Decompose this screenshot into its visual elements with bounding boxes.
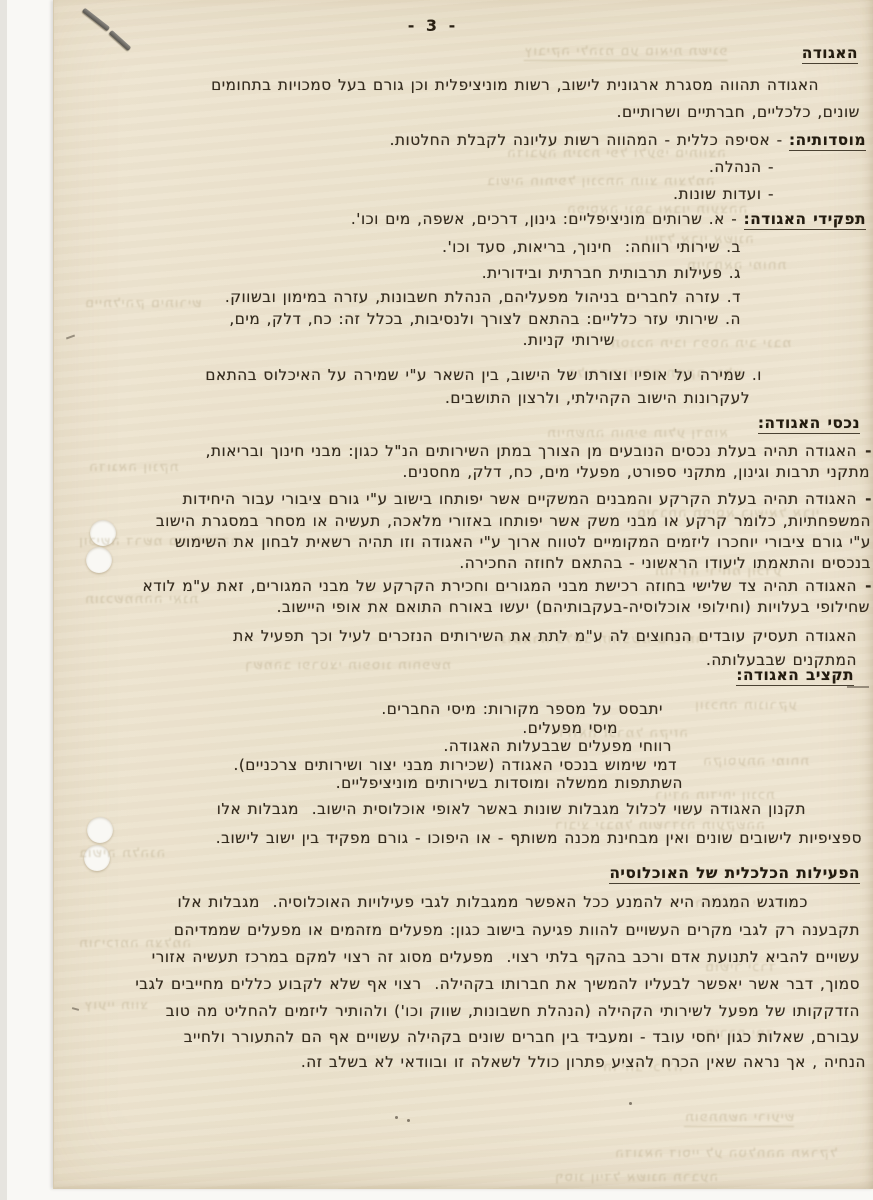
bleedthrough-text: תופתתשה ירועיש (684, 1110, 794, 1127)
punch-hole (87, 817, 113, 843)
tafkidei-item-a: - א. שרותים מוניציפליים: גינון, דרכים, א… (351, 210, 744, 228)
line-mosdot-intro: מוסדותיה: - אסיפה כללית - המהווה רשות על… (390, 131, 866, 149)
staple-icon (82, 8, 110, 32)
section-title-taktsiv: תקציב האגודה: (736, 666, 854, 686)
bleedthrough-text: ץועיי תווצ (84, 998, 148, 1013)
paragraph-line: כמודגש המגמה היא להמנע ככל האפשר ממגבלות… (177, 893, 808, 911)
section-title-peilut: הפעילות הכלכלית של האוכלוסיה (609, 864, 860, 884)
document-paper: ץוביקה ילהנמ םע םואית תשיגפהדובעה תינכת … (53, 0, 873, 1189)
tafkidei-item-cont: לעקרונות הישוב הקהילתי, ולרצון התושבים. (445, 389, 750, 407)
scanner-background-edge (0, 0, 7, 1200)
paragraph-line: האגודה תהווה מסגרת ארגונית לישוב, רשות מ… (211, 76, 819, 94)
bullet-line: האגודה תהיה בעלת נכסים הנובעים מן הצורך … (206, 442, 857, 460)
ink-dot (407, 1119, 410, 1122)
pen-mark (72, 1007, 79, 1011)
line-tafkidei-intro: תפקידי האגודה: - א. שרותים מוניציפליים: … (351, 210, 866, 228)
mosdot-label: מוסדותיה: (789, 131, 866, 151)
section-title-agudah: האגודה (802, 44, 858, 64)
tafkidei-item: ג. פעילות תרבותית חברתית ובידורית. (482, 264, 741, 282)
budget-source: השתתפות ממשלה ומוסדות בשירותים מוניציפלי… (336, 774, 683, 792)
tafkidei-item: ד. עזרה לחברים בניהול מפעליהם, הנהלת חשב… (225, 288, 741, 306)
punch-hole (86, 547, 112, 573)
paragraph-line: הזדקקותו של מפעל לשירותי הקהילה (הנהלת ח… (166, 1002, 860, 1020)
bullet-line-cont: מתקני תרבות וגינון, מתקני ספורט, מפעלי מ… (403, 463, 870, 481)
bleedthrough-text: תויתשתה חותיפ תולע ןדמוא (546, 426, 728, 441)
margin-dash-mark (847, 686, 869, 688)
budget-source: יתבסס על מספר מקורות: מיסי החברים. (381, 700, 663, 718)
budget-source: מיסי מפעלים. (522, 719, 618, 737)
page-number: - 3 - (393, 16, 473, 35)
bleedthrough-text: ךשמהב ופרטצי תופסונ תוחפשמ (244, 658, 451, 673)
paragraph-line: הנחיה , אך נראה שאין הכרח להציע פתרון כו… (301, 1053, 866, 1071)
section-title-nekhasim: נכסי האגודה: (758, 414, 860, 434)
bleedthrough-text: תסנכה תיבו רפסה תיב ינבמ (610, 336, 791, 351)
paragraph-line: תקנון האגודה עשוי לכלול מגבלות שונות באש… (217, 800, 806, 818)
paragraph-line: ספציפיות לישובים שונים ואין מבחינת מכנה … (216, 829, 862, 847)
ink-dot (395, 1116, 398, 1119)
bullet-line-cont: בנכסים והתאמתו ליעודו הראשוני - בהתאם לח… (459, 554, 871, 572)
paragraph-line: עשויים להביא לתנועת אדם ורכב בהקף בלתי ר… (152, 948, 860, 966)
scanned-document-page: { "page_label": "- 3 -", "misc": { "bull… (0, 0, 873, 1200)
budget-source: רווחי מפעלים שבבעלות האגודה. (443, 737, 672, 755)
bleedthrough-text: ץוביקה ילהנמ םע םואית תשיגפ (524, 44, 728, 61)
bleedthrough-text: םייתליהק םיתוריש (84, 296, 201, 311)
paragraph-line: האגודה תעסיק עובדים הנחוצים לה ע"מ לתת א… (233, 627, 857, 645)
staple-icon (109, 30, 132, 51)
bullet-line-cont: המשפחתיות, כלומר קרקע או מבני משק אשר יפ… (156, 512, 871, 530)
tafkidei-item: ה. שירותי עזר כלליים: בהתאם לצורך ולנסיב… (229, 310, 741, 328)
bullet-dash: - (865, 490, 872, 508)
bullet-line: האגודה תהיה צד שלישי בחוזה רכישת מבני המ… (143, 577, 857, 595)
tafkidei-label: תפקידי האגודה: (744, 210, 866, 230)
tafkidei-item: ב. שירותי רווחה: חינוך, בריאות, סעד וכו'… (442, 238, 741, 256)
tafkidei-item: ו. שמירה על אופיו וצורתו של הישוב, בין ה… (205, 366, 762, 384)
mosdot-item: - ועדות שונות. (673, 185, 774, 203)
bleedthrough-text: ןונכתה תונורקע (694, 698, 797, 713)
tafkidei-item-cont: שירותי קניות. (523, 331, 615, 349)
bullet-line: האגודה תהיה בעלת הקרקע והמבנים המשקיים א… (183, 490, 857, 508)
bullet-dash: - (865, 577, 872, 595)
paragraph-line: סמוך, דבר אשר יאפשר לבעליו להמשיך את חבר… (135, 975, 860, 993)
mosdot-item: - הנהלה. (709, 158, 774, 176)
bleedthrough-text: בושיה תלהנה (78, 846, 165, 861)
bleedthrough-text: הדוגאה דוסיי לע הטלחהה תארקל (614, 1146, 837, 1161)
paragraph-line: שונים, כלכליים, חברתיים ושרותיים. (617, 103, 860, 121)
paragraph-line: תקבענה רק לגבי מקרים העשויים להוות פגיעה… (174, 921, 860, 939)
ink-dot (629, 1102, 632, 1105)
bullet-line-cont: שחילופי בעלויות (וחילופי אוכלוסיה-בעקבות… (277, 598, 870, 616)
bleedthrough-text: הדוגאה ןונקת (88, 460, 178, 475)
bullet-dash: - (865, 442, 872, 460)
bullet-line-cont: ע"י גורם ציבורי יוחכרו ליזמים המקומיים ל… (175, 533, 871, 551)
budget-source: דמי שימוש בנכסי האגודה (שכירות מבני יצור… (233, 756, 677, 774)
mosdot-intro-text: - אסיפה כללית - המהווה רשות עליונה לקבלת… (390, 131, 789, 149)
bleedthrough-text: הקוסעתה ימוחת (702, 754, 809, 769)
bleedthrough-text: ףסונ ןוידל אשונה תרבעה (554, 1170, 718, 1185)
paragraph-line: עבורם, שאלות כגון יחסי עובד - ומעביד בין… (184, 1028, 860, 1046)
pen-mark (66, 335, 75, 340)
